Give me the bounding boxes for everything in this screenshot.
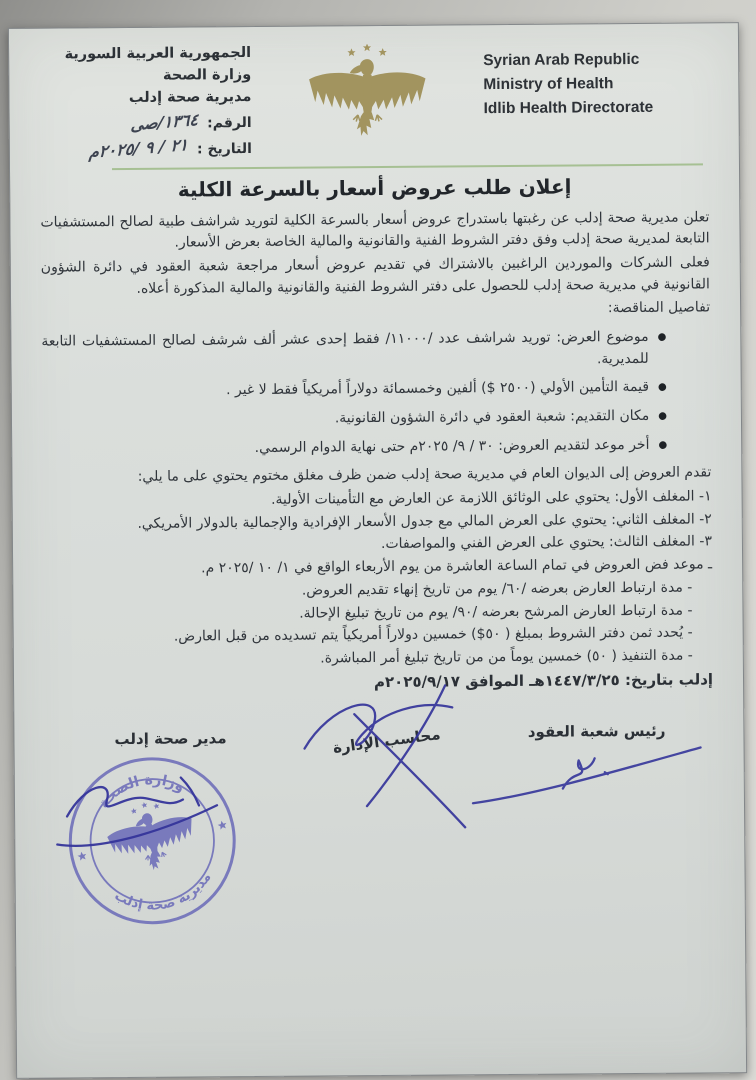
arabic-line: مديرية صحة إدلب <box>39 86 251 109</box>
tender-details-list: ● موضوع العرض: توريد شراشف عدد /١١٠٠٠/ ف… <box>41 326 711 461</box>
reference-number-line: الرقم: ١٣٦٤/صى <box>40 110 252 136</box>
list-item: ● مكان التقديم: شعبة العقود في دائرة الش… <box>42 406 667 433</box>
document-page: الجمهورية العربية السورية وزارة الصحة مد… <box>8 22 747 1079</box>
reference-label: الرقم: <box>207 115 252 131</box>
date-value-handwritten: ٢١ / ٩ /٢٠٢٥م <box>88 133 188 165</box>
details-heading: تفاصيل المناقصة: <box>41 298 710 325</box>
signature-ink-contracts-head <box>464 735 715 812</box>
english-line: Syrian Arab Republic <box>483 47 708 73</box>
document-date-line: التاريخ : ٢١ / ٩ /٢٠٢٥م <box>40 136 252 162</box>
photo-background: الجمهورية العربية السورية وزارة الصحة مد… <box>0 0 756 1080</box>
list-item: ● موضوع العرض: توريد شراشف عدد /١١٠٠٠/ ف… <box>41 327 666 375</box>
announcement-body: تعلن مديرية صحة إدلب عن رغبتها باستدراج … <box>40 207 713 697</box>
list-item: ● أخر موعد لتقديم العروض: ٣٠ / ٩/ ٢٠٢٥م … <box>42 434 667 461</box>
bullet-icon: ● <box>658 406 667 427</box>
syrian-eagle-emblem-icon <box>301 42 434 151</box>
bullet-icon: ● <box>658 377 667 398</box>
bullet-text: قيمة التأمين الأولي (٢٥٠٠ $) ألفين وخمسم… <box>226 377 649 402</box>
date-label: التاريخ : <box>197 141 252 157</box>
english-line: Idlib Health Directorate <box>483 95 708 121</box>
bullet-text: مكان التقديم: شعبة العقود في دائرة الشؤو… <box>335 406 650 430</box>
arabic-line: الجمهورية العربية السورية <box>39 43 251 66</box>
list-item: ● قيمة التأمين الأولي (٢٥٠٠ $) ألفين وخم… <box>42 377 667 404</box>
submission-paragraph: تقدم العروض إلى الديوان العام في مديرية … <box>42 463 711 490</box>
intro-paragraph: تعلن مديرية صحة إدلب عن رغبتها باستدراج … <box>40 207 709 256</box>
reference-value-handwritten: ١٣٦٤/صى <box>130 108 199 138</box>
svg-text:مديرية صحة إدلب: مديرية صحة إدلب <box>109 868 219 924</box>
letterhead-arabic: الجمهورية العربية السورية وزارة الصحة مد… <box>39 43 252 162</box>
bullet-text: موضوع العرض: توريد شراشف عدد /١١٠٠٠/ فقط… <box>41 327 649 375</box>
arabic-line: وزارة الصحة <box>39 65 251 88</box>
english-line: Ministry of Health <box>483 71 708 97</box>
header-divider <box>112 163 703 170</box>
signature-ink-health-director <box>53 757 269 864</box>
stamp-bottom-text: مديرية صحة إدلب <box>109 868 219 924</box>
bullet-icon: ● <box>658 434 667 455</box>
signature-block: رئيس شعبة العقود محاسب الإدارة مدير صحة … <box>44 695 715 905</box>
bullet-icon: ● <box>658 327 667 348</box>
announcement-title: إعلان طلب عروض أسعار بالسرعة الكلية <box>40 173 709 202</box>
instruction-paragraph: فعلى الشركات والموردين الراغبين بالاشترا… <box>41 252 710 301</box>
letterhead-english: Syrian Arab Republic Ministry of Health … <box>483 39 709 121</box>
bullet-text: أخر موعد لتقديم العروض: ٣٠ / ٩/ ٢٠٢٥م حت… <box>255 435 650 460</box>
letterhead: الجمهورية العربية السورية وزارة الصحة مد… <box>39 39 709 162</box>
